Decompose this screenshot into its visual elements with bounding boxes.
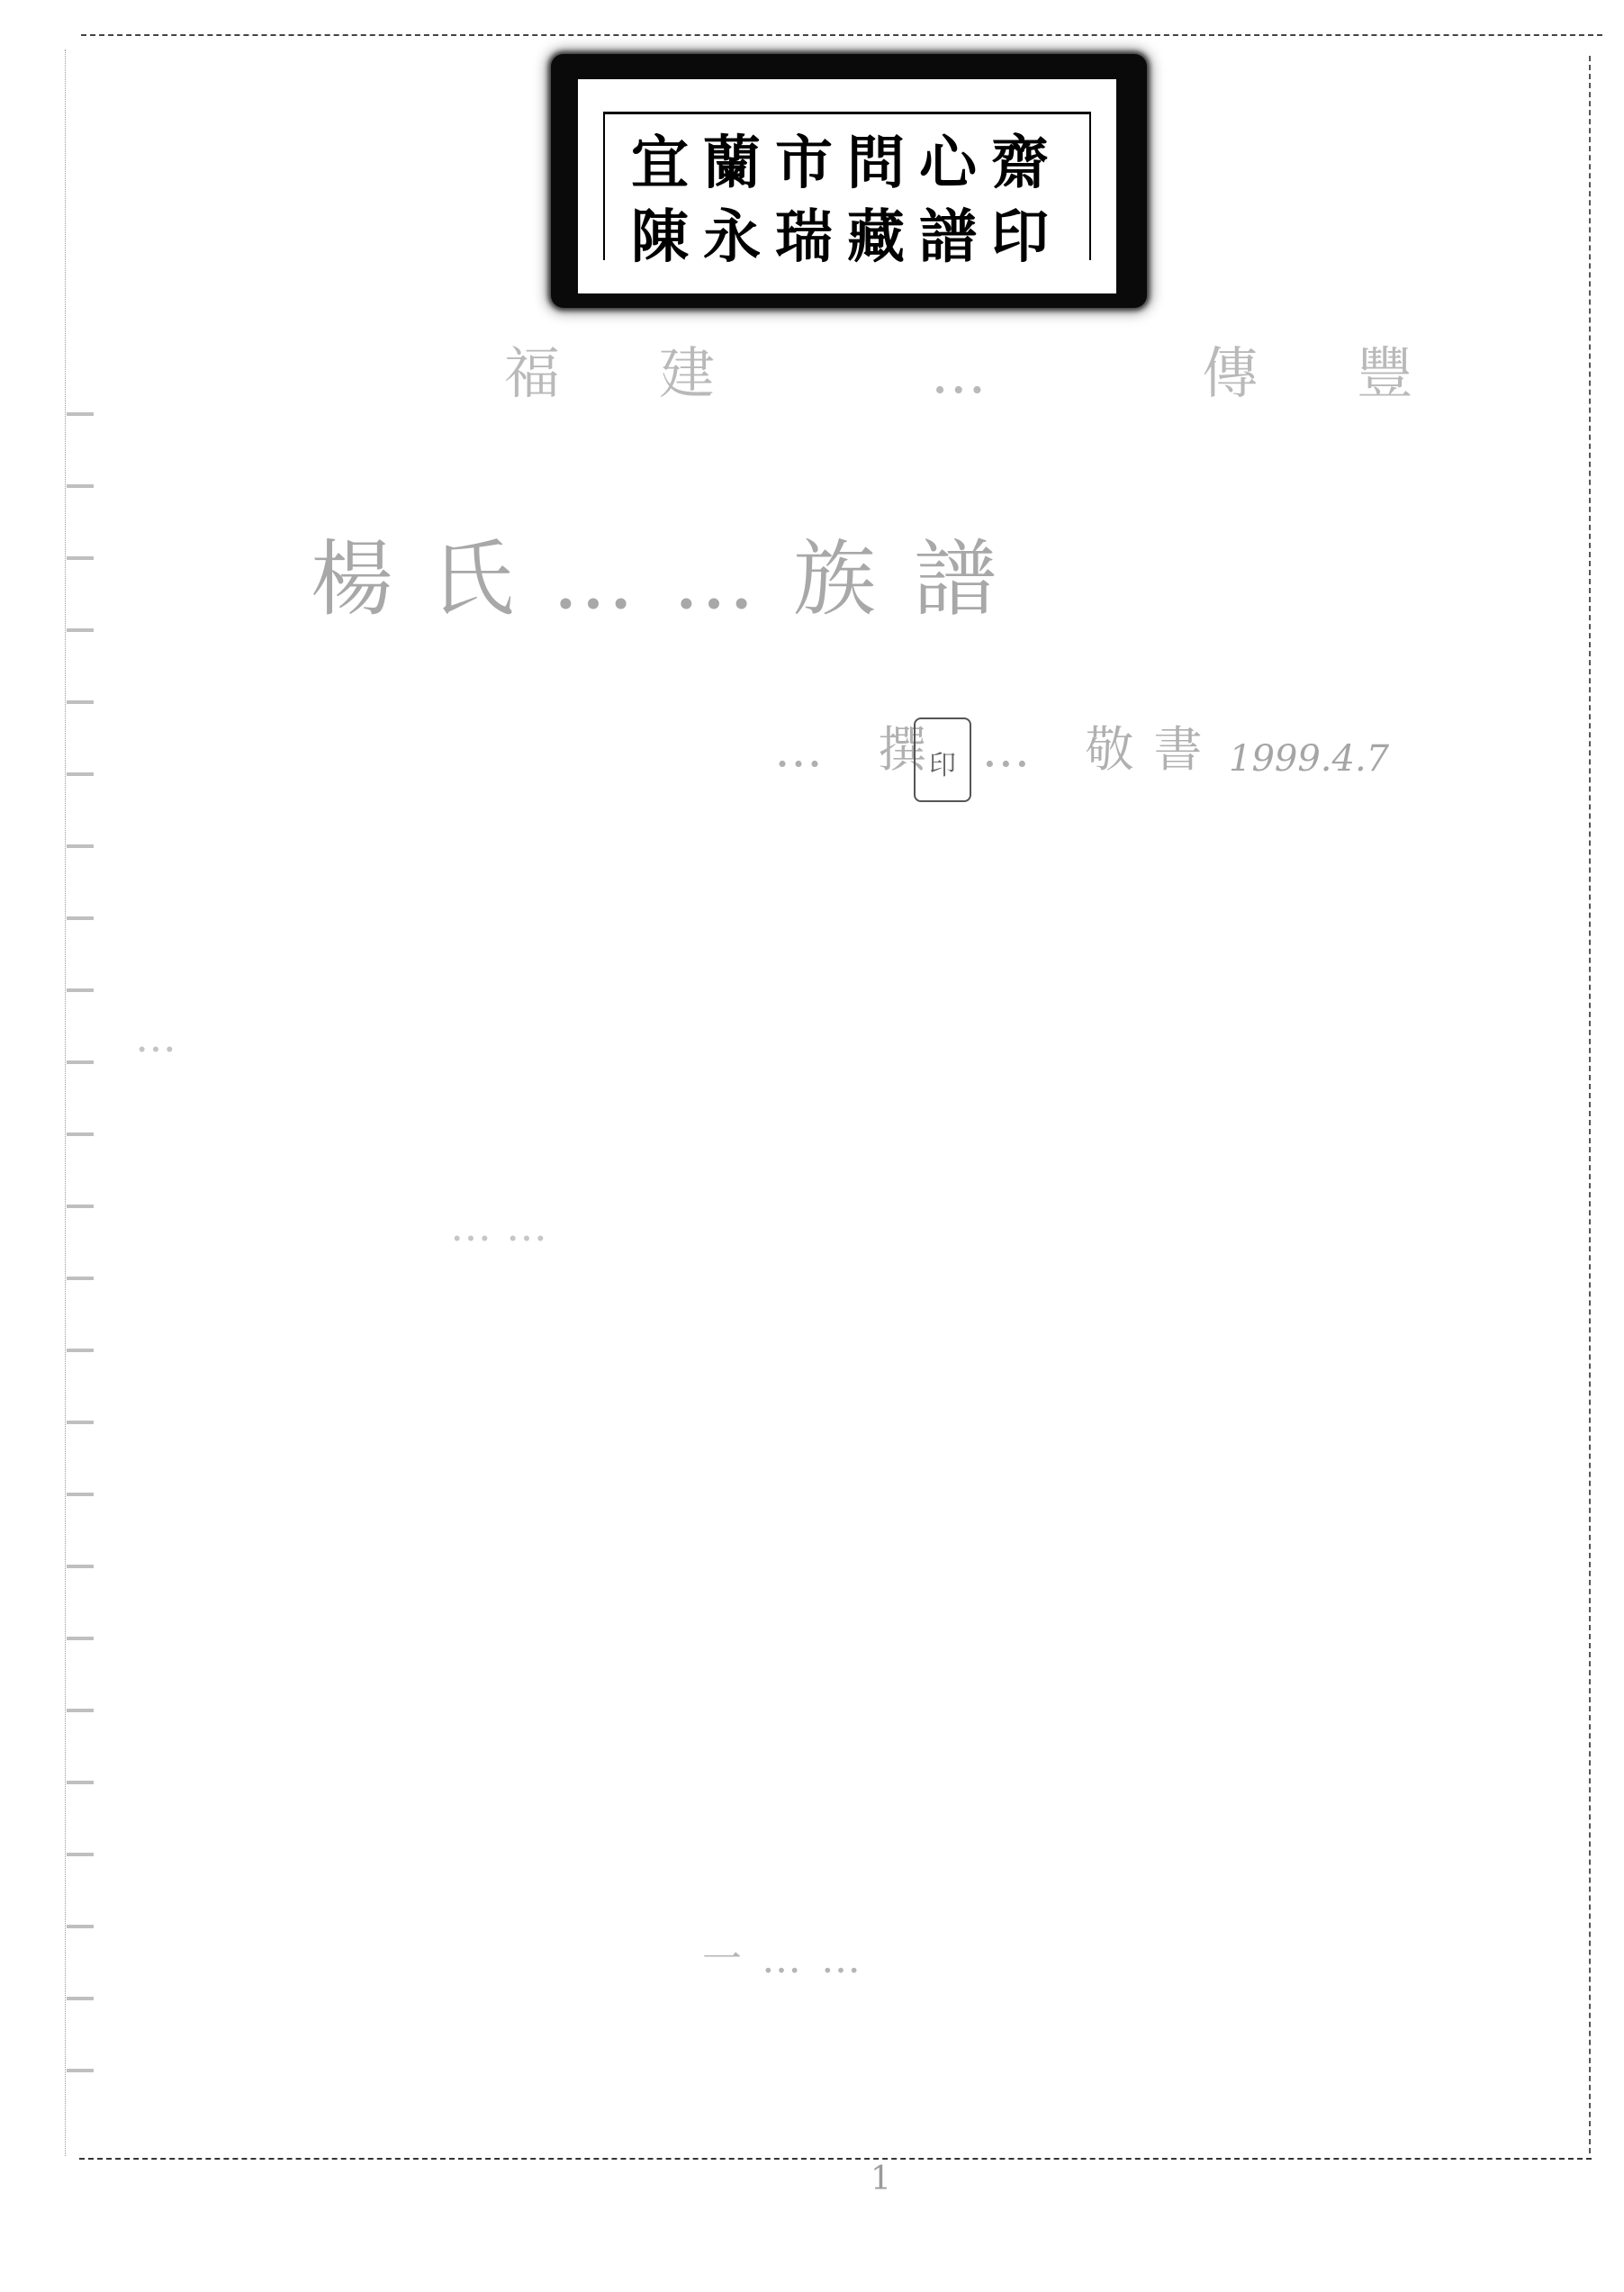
- seal-glyph: 印: [916, 743, 970, 782]
- page-frame-right: [1589, 56, 1591, 2153]
- bottom-line: 一……: [702, 1927, 880, 1984]
- handwritten-line-middle: ……: [450, 1202, 562, 1250]
- stamp-line-1: 宜蘭市問心齋: [578, 131, 1116, 196]
- collector-stamp: 宜蘭市問心齋 陳永瑞藏譜印: [551, 54, 1147, 308]
- author-seal: 印: [914, 717, 971, 802]
- page-frame-bottom: [79, 2158, 1592, 2160]
- stamp-line-2: 陳永瑞藏譜印: [578, 205, 1116, 270]
- page-marker: 1: [871, 2161, 891, 2197]
- author-line: … 撰 … 敬書: [774, 711, 1223, 781]
- handwritten-note-left: …: [135, 1008, 176, 1066]
- date-text: 1999.4.7: [1229, 738, 1389, 780]
- origin-line: 福建 … 傳豐: [504, 329, 1511, 409]
- left-margin-speckles: [67, 378, 94, 2089]
- page-frame-left: [65, 50, 66, 2156]
- stamp-inner-panel: 宜蘭市問心齋 陳永瑞藏譜印: [578, 79, 1116, 293]
- document-title: 楊氏……族譜: [311, 513, 1034, 632]
- page-frame-top: [81, 34, 1602, 36]
